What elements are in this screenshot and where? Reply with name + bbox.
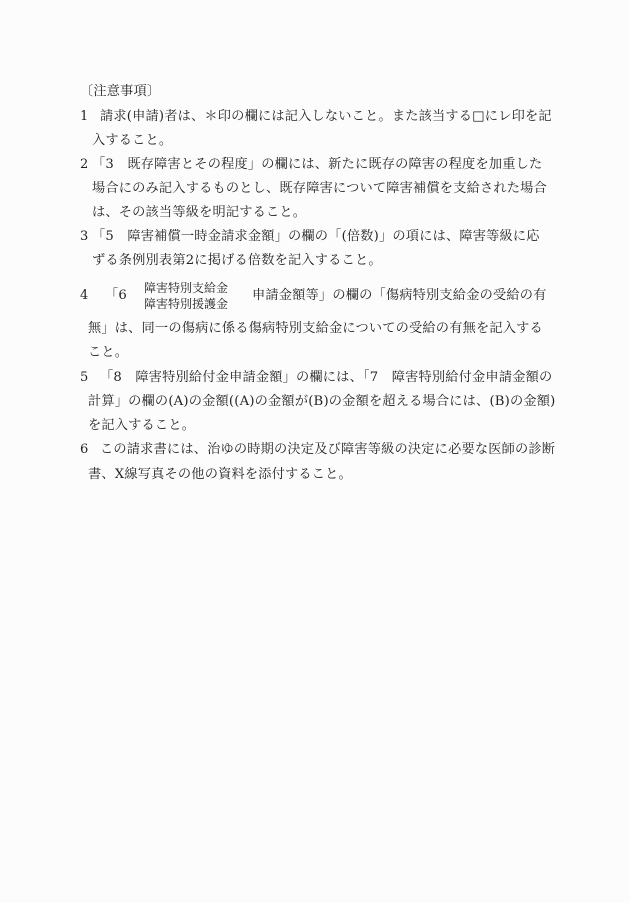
item-text-line: この請求書には、治ゆの時期の決定及び障害等級の決定に必要な医師の診断	[100, 441, 555, 459]
notes-document: 〔注意事項〕 1 請求(申請)者は、＊印の欄には記入しないこと。また該当する□に…	[0, 0, 630, 903]
item-text-line: 書、X線写真その他の資料を添付すること。	[88, 466, 352, 484]
item-number: 1	[80, 108, 88, 126]
item-text-line: 「5 障害補償一時金請求金額」の欄の「(倍数)」の項には、障害等級に応	[92, 228, 540, 246]
item-text-line: 「3 既存障害とその程度」の欄には、新たに既存の障害の程度を加重した	[92, 156, 542, 174]
item-number: 4	[80, 287, 88, 305]
item-number: 5	[80, 369, 88, 387]
item-text-line: 計算」の欄の(A)の金額((A)の金額が(B)の金額を超える場合には、(B)の金…	[88, 393, 556, 411]
item-text-line: ずる条例別表第2に掲げる倍数を記入すること。	[92, 252, 382, 270]
item-text-line: は、その該当等級を明記すること。	[92, 204, 306, 222]
item-number: 6	[80, 441, 88, 459]
item-text-line: 場合にのみ記入するものとし、既存障害について障害補償を支給された場合	[92, 180, 547, 198]
item-text-line: 「8 障害特別給付金申請金額」の欄には、「7 障害特別給付金申請金額の	[100, 369, 552, 387]
item-number: 2	[80, 156, 88, 174]
item-text-line: 無」は、同一の傷病に係る傷病特別支給金についての受給の有無を記入する	[88, 320, 543, 338]
stacked-label-bottom: 障害特別援護金	[144, 297, 228, 312]
item-text-line: こと。	[88, 344, 128, 362]
item-text-line: を記入すること。	[88, 417, 195, 435]
item-text-line: 入すること。	[92, 132, 172, 150]
item-text-suffix: 申請金額等」の欄の「傷病特別支給金の受給の有	[252, 287, 547, 305]
item-text-prefix: 「6	[105, 287, 127, 305]
item-text-line: 請求(申請)者は、＊印の欄には記入しないこと。また該当する□にレ印を記	[100, 108, 552, 126]
stacked-label-top: 障害特別支給金	[144, 281, 228, 296]
item-number: 3	[80, 228, 88, 246]
notes-heading: 〔注意事項〕	[80, 83, 160, 101]
